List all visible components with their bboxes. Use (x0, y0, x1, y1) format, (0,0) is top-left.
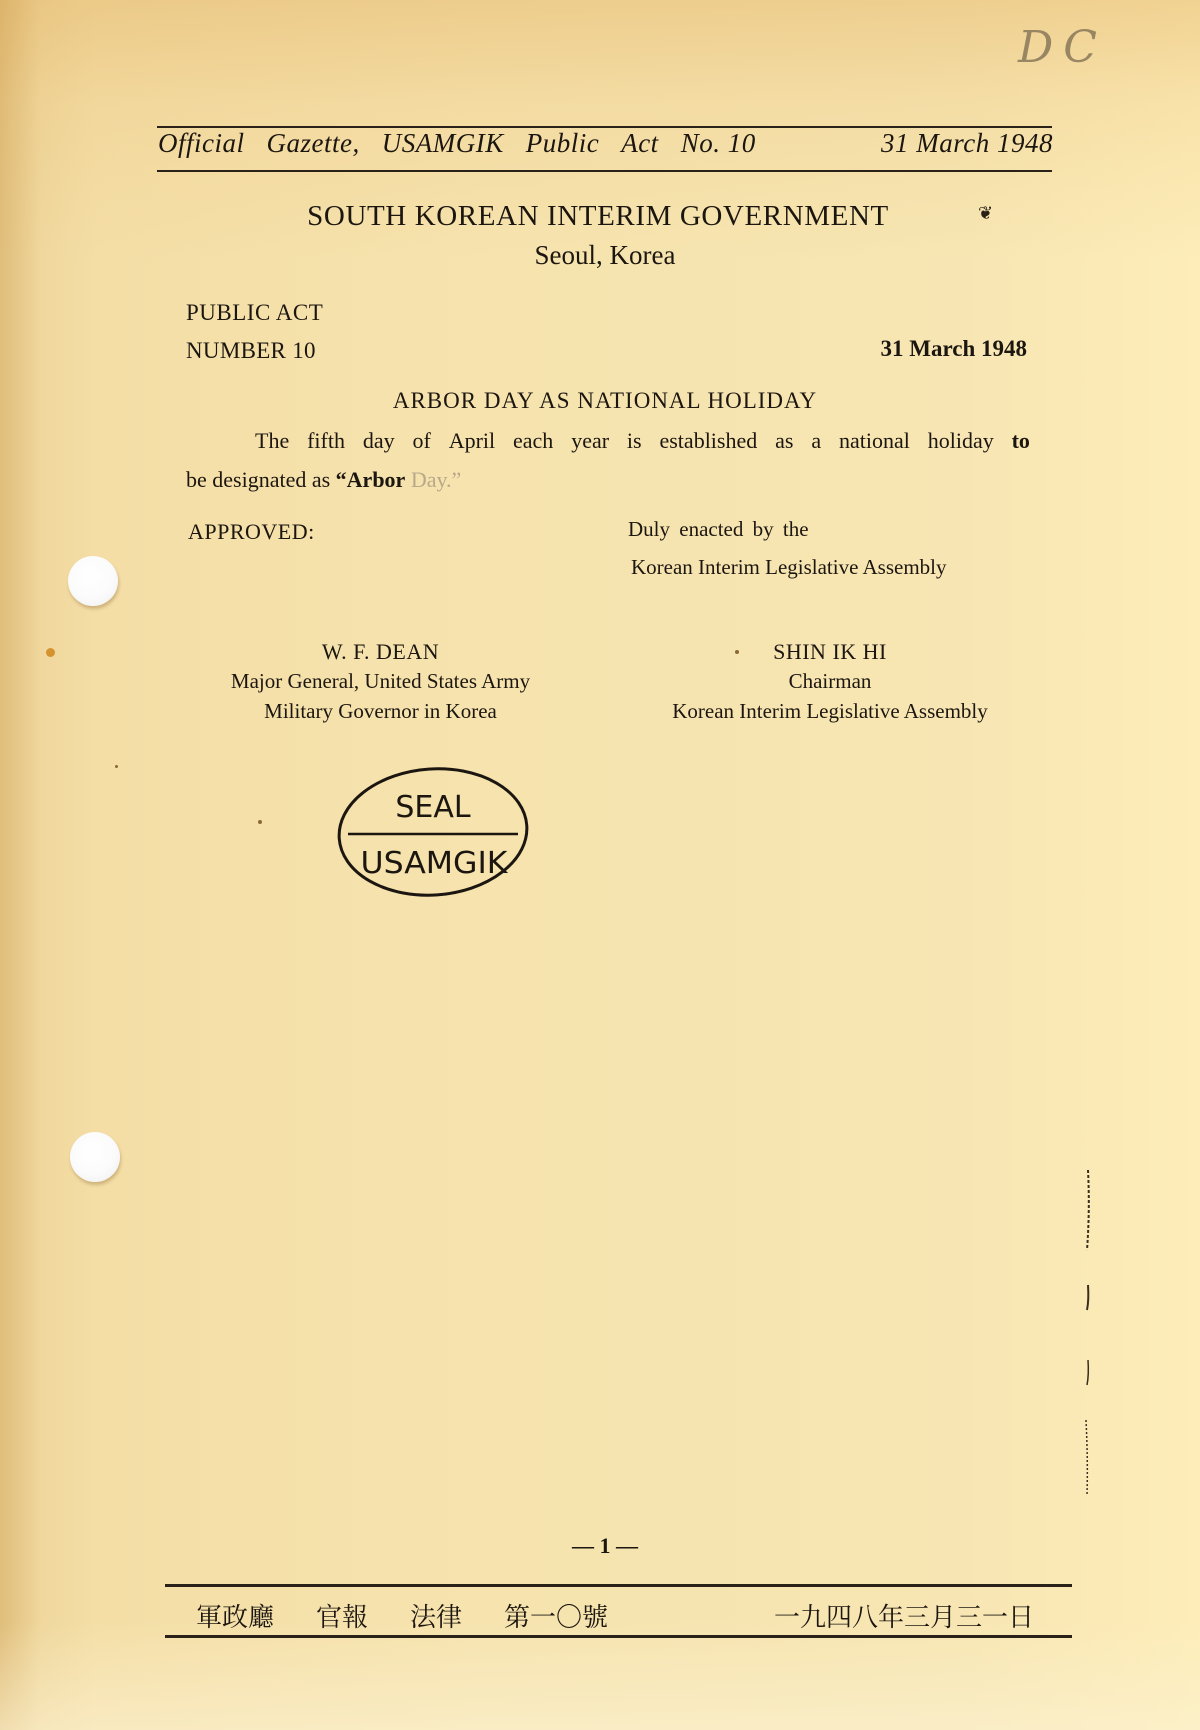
body-word: to (1012, 428, 1030, 454)
act-date: 31 March 1948 (880, 336, 1027, 362)
footer-part: 軍政廳 (196, 1603, 274, 1633)
signatory-name: SHIN IK HI (630, 638, 1030, 666)
paper-speck (115, 765, 118, 768)
footer-part: 官報 (316, 1603, 368, 1633)
footer-date: 一九四八年三月三一日 (774, 1597, 1034, 1634)
punch-hole (70, 1132, 120, 1182)
body-word: day (363, 428, 395, 454)
act-label: PUBLIC ACT (186, 300, 323, 326)
signature-block-left: W. F. DEAN Major General, United States … (188, 638, 573, 726)
gazette-word: USAMGIK (382, 128, 504, 158)
act-heading: ARBOR DAY AS NATIONAL HOLIDAY (0, 388, 1200, 414)
footer-part: 法律 (410, 1603, 462, 1633)
document-title-text: SOUTH KOREAN INTERIM GOVERNMENT (307, 200, 889, 232)
footer-left: 軍政廳官報法律第一〇號 (196, 1597, 650, 1634)
paper-speck (258, 820, 262, 824)
footer-line: 軍政廳官報法律第一〇號 一九四八年三月三一日 (196, 1597, 1034, 1634)
body-word: of (412, 428, 430, 454)
seal-stamp: SEAL USAMGIK (336, 765, 530, 899)
gazette-header-date: 31 March 1948 (881, 128, 1053, 159)
footer-rule-bottom (165, 1635, 1072, 1638)
act-number: NUMBER 10 (186, 338, 316, 364)
gazette-word: Gazette, (267, 128, 360, 158)
body-word: established (659, 428, 757, 454)
document-subtitle: Seoul, Korea (0, 240, 1200, 271)
handwritten-note: DC (1018, 22, 1107, 73)
gazette-header: OfficialGazette,USAMGIKPublicActNo. 10 3… (158, 128, 1053, 159)
body-word: April (449, 428, 495, 454)
body-word: The (255, 428, 289, 454)
edge-marks (1082, 1150, 1094, 1510)
signatory-title: Korean Interim Legislative Assembly (630, 696, 1030, 726)
body-word: each (513, 428, 553, 454)
gazette-header-title: OfficialGazette,USAMGIKPublicActNo. 10 (158, 128, 778, 159)
body-word: year (571, 428, 609, 454)
body-text-bold: “Arbor (336, 467, 406, 492)
gazette-word: No. 10 (681, 128, 756, 158)
punch-hole (68, 556, 118, 606)
body-text-faded: Day.” (405, 467, 461, 492)
seal-bottom-text: USAMGIK (361, 846, 510, 881)
signatory-title: Major General, United States Army (188, 666, 573, 696)
signatory-title: Military Governor in Korea (188, 696, 573, 726)
footer-part: 第一〇號 (504, 1603, 608, 1633)
gazette-word: Official (158, 128, 245, 158)
signatory-name: W. F. DEAN (188, 638, 573, 666)
body-word: national (839, 428, 910, 454)
document-title: SOUTH KOREAN INTERIM GOVERNMENT (0, 200, 1200, 233)
gazette-word: Act (621, 128, 658, 158)
paper-speck (46, 648, 55, 657)
body-word: a (811, 428, 821, 454)
signatory-title: Chairman (630, 666, 1030, 696)
seal-top-text: SEAL (395, 790, 471, 825)
enacted-line-1: Duly enacted by the (628, 517, 809, 542)
body-line-1: The fifth day of April each year is esta… (255, 428, 1030, 454)
printer-ornament-icon: ❦ (978, 203, 993, 224)
body-word: as (775, 428, 793, 454)
footer-rule-top (165, 1584, 1072, 1587)
body-word: fifth (307, 428, 345, 454)
header-rule-bottom (157, 170, 1052, 172)
approved-label: APPROVED: (188, 519, 315, 545)
body-line-2: be designated as “Arbor Day.” (186, 467, 461, 493)
page-number: — 1 — (0, 1533, 1200, 1559)
paper-speck (735, 650, 739, 654)
body-text: be designated as (186, 467, 336, 492)
body-word: holiday (928, 428, 994, 454)
enacted-line-2: Korean Interim Legislative Assembly (631, 555, 947, 580)
signature-block-right: SHIN IK HI Chairman Korean Interim Legis… (630, 638, 1030, 726)
body-word: is (627, 428, 642, 454)
gazette-word: Public (526, 128, 599, 158)
